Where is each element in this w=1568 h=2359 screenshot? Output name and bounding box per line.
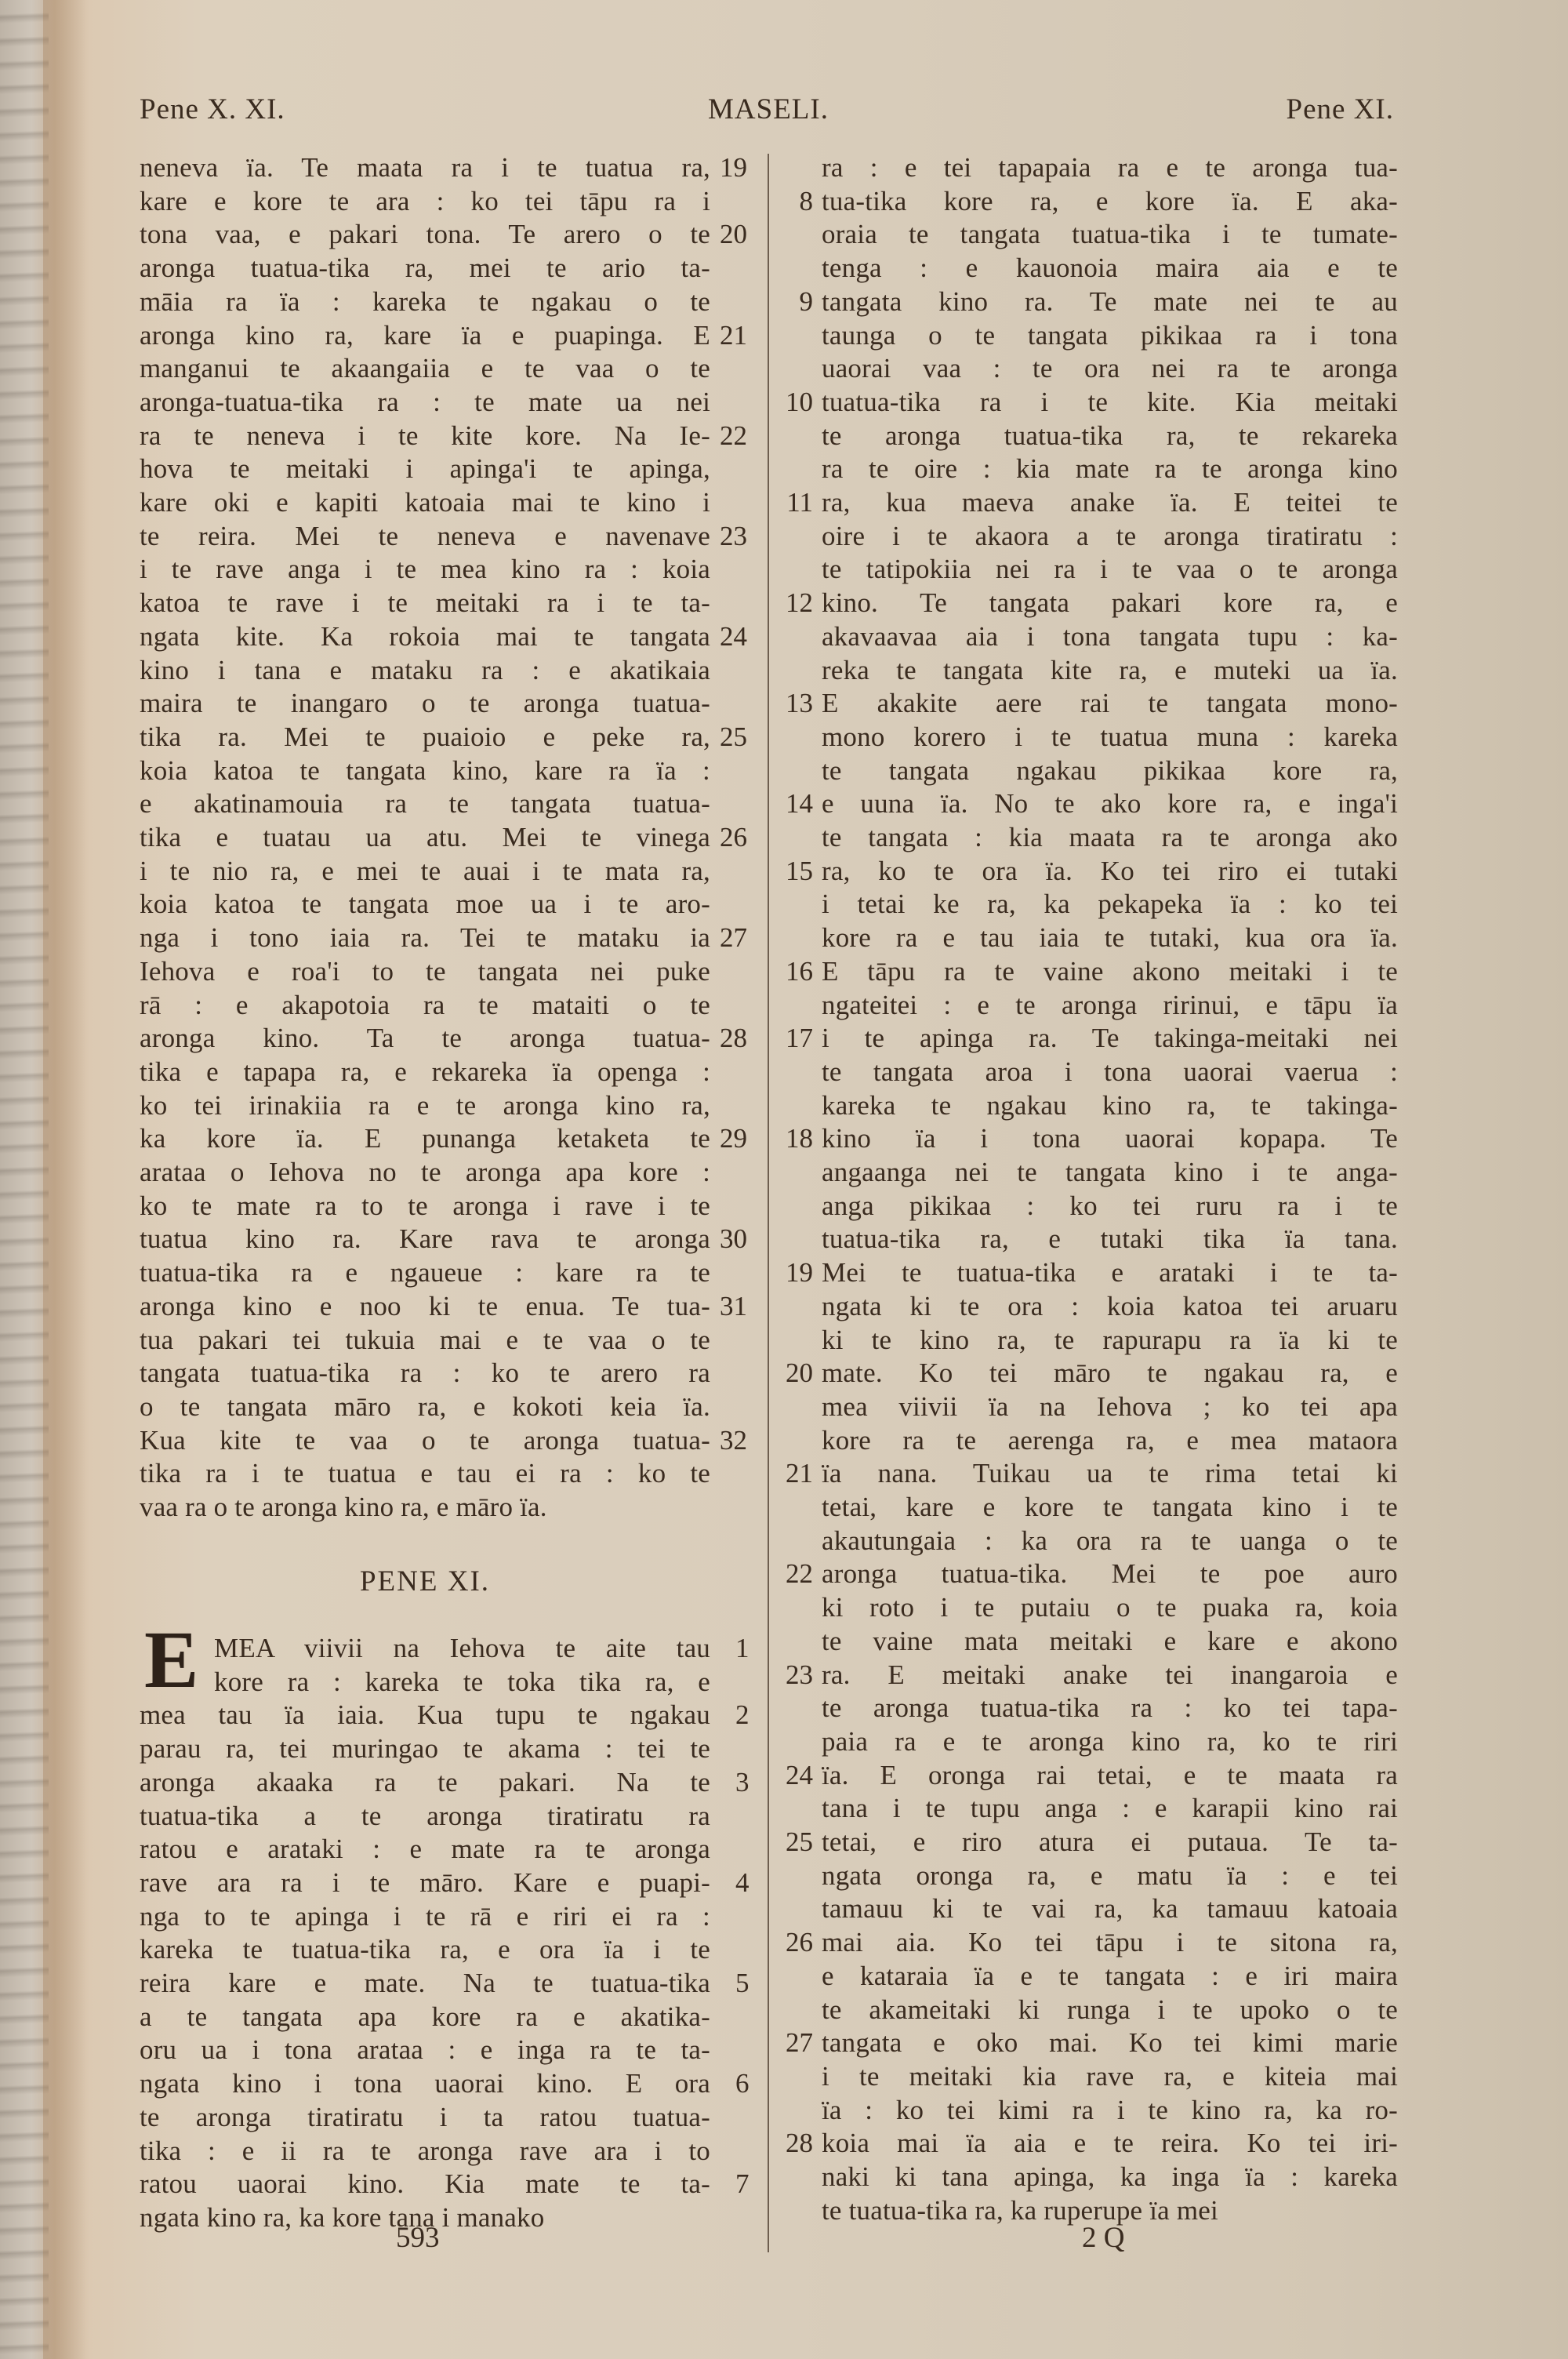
verse-number: 6: [735, 2066, 782, 2100]
text-line: parau ra, tei muringao te akama : tei te: [140, 1732, 710, 1765]
text-line: paia ra e te aronga kino ra, ko te riri: [822, 1725, 1398, 1758]
text-line: aronga kino e noo ki te enua. Te tua-: [140, 1289, 710, 1323]
text-line: ra te neneva i te kite kore. Na Ie-: [140, 419, 710, 453]
text-line: ko tei irinakiia ra e te aronga kino ra,: [140, 1089, 710, 1122]
text-line: kino ïa i tona uaorai kopapa. Te: [822, 1121, 1398, 1155]
text-line: ra, ko te ora ïa. Ko tei riro ei tutaki: [822, 854, 1398, 888]
verse-number: 16: [772, 954, 813, 988]
text-line: tika ra i te tuatua e tau ei ra : ko te: [140, 1456, 710, 1490]
text-line: i te apinga ra. Te takinga-meitaki nei: [822, 1021, 1398, 1055]
text-line: ratou e arataki : e mate ra te aronga: [140, 1832, 710, 1866]
text-line: ïa : ko tei kimi ra i te kino ra, ka ro-: [822, 2093, 1398, 2127]
text-line: Kua kite te vaa o te aronga tuatua-: [140, 1423, 710, 1457]
text-line: aronga tuatua-tika ra, mei te ario ta-: [140, 251, 710, 285]
verse-number: 13: [772, 686, 813, 720]
text-line: kare e kore te ara : ko tei tāpu ra i: [140, 184, 710, 218]
verse-number: 17: [772, 1021, 813, 1055]
text-line: ngata kite. Ka rokoia mai te tangata: [140, 620, 710, 653]
text-line: tika : e ii ra te aronga rave ara i to: [140, 2134, 710, 2168]
text-line: neneva ïa. Te maata ra i te tuatua ra,: [140, 151, 710, 184]
verse-number: 9: [772, 285, 813, 318]
text-line: kore ra e tau iaia te tutaki, kua ora ïa…: [822, 921, 1398, 954]
text-line: reira kare e mate. Na te tuatua-tika: [140, 1966, 710, 2000]
verse-number: 10: [772, 385, 813, 419]
text-line: Iehova e roa'i to te tangata nei puke: [140, 954, 710, 988]
text-line: MEA viivii na Iehova te aite tau: [214, 1631, 710, 1665]
text-line: manganui te akaangaiia e te vaa o te: [140, 351, 710, 385]
text-line: e uuna ïa. No te ako kore ra, e inga'i: [822, 787, 1398, 820]
text-line: te tangata : kia maata ra te aronga ako: [822, 820, 1398, 854]
text-line: tua-tika kore ra, e kore ïa. E aka-: [822, 184, 1398, 218]
text-line: ngateitei : e te aronga ririnui, e tāpu …: [822, 988, 1398, 1022]
text-line: E akakite aere rai te tangata mono-: [822, 686, 1398, 720]
text-line: tetai, kare e kore te tangata kino i te: [822, 1490, 1398, 1524]
verse-number: 2: [735, 1698, 782, 1732]
text-line: mono korero i te tuatua muna : kareka: [822, 720, 1398, 754]
text-line: anga pikikaa : ko tei ruru ra i te: [822, 1189, 1398, 1223]
page-number: 593: [396, 2221, 440, 2255]
verse-number: 30: [720, 1222, 767, 1256]
text-line: tuatua-tika ra, e tutaki tika ïa tana.: [822, 1222, 1398, 1256]
text-line: tetai, e riro atura ei putaua. Te ta-: [822, 1825, 1398, 1859]
verse-number: 25: [720, 720, 767, 754]
text-line: kareka te tuatua-tika ra, e ora ïa i te: [140, 1932, 710, 1966]
verse-number: 31: [720, 1289, 767, 1323]
text-line: kore ra : kareka te toka tika ra, e: [214, 1665, 710, 1699]
verse-number: 22: [720, 419, 767, 453]
text-line: tuatua-tika a te aronga tiratiratu ra: [140, 1799, 710, 1833]
text-line: oraia te tangata tuatua-tika i te tumate…: [822, 217, 1398, 251]
text-line: reka te tangata kite ra, e muteki ua ïa.: [822, 653, 1398, 687]
text-line: tana i te tupu anga : e karapii kino rai: [822, 1791, 1398, 1825]
text-line: koia katoa te tangata moe ua i te aro-: [140, 887, 710, 921]
text-line: ki roto i te putaiu o te puaka ra, koia: [822, 1590, 1398, 1624]
text-line: tangata tuatua-tika ra : ko te arero ra: [140, 1356, 710, 1390]
text-line: ra. E meitaki anake tei inangaroia e: [822, 1658, 1398, 1692]
text-line: tamauu ki te vai ra, ka tamauu katoaia: [822, 1892, 1398, 1925]
verse-number: 5: [735, 1966, 782, 2000]
text-line: nga to te apinga i te rā e riri ei ra :: [140, 1899, 710, 1933]
verse-number: 19: [772, 1256, 813, 1289]
text-line: E tāpu ra te vaine akono meitaki i te: [822, 954, 1398, 988]
text-line: maira te inangaro o te aronga tuatua-: [140, 686, 710, 720]
verse-number: 8: [772, 184, 813, 218]
text-line: i tetai ke ra, ka pekapeka ïa : ko tei: [822, 887, 1398, 921]
text-line: ïa. E oronga rai tetai, e te maata ra: [822, 1758, 1398, 1792]
text-line: ratou uaorai kino. Kia mate te ta-: [140, 2167, 710, 2201]
text-line: uaorai vaa : te ora nei ra te aronga: [822, 351, 1398, 385]
text-line: tika ra. Mei te puaioio e peke ra,: [140, 720, 710, 754]
text-line: tona vaa, e pakari tona. Te arero o te: [140, 217, 710, 251]
verse-number: 11: [772, 485, 813, 519]
text-line: te tatipokiia nei ra i te vaa o te arong…: [822, 552, 1398, 586]
text-line: rave ara ra i te māro. Kare e puapi-: [140, 1866, 710, 1899]
verse-number: 32: [720, 1423, 767, 1457]
text-line: kare oki e kapiti katoaia mai te kino i: [140, 485, 710, 519]
verse-number: 23: [720, 519, 767, 553]
verse-number: 27: [720, 921, 767, 954]
text-line: akavaavaa aia i tona tangata tupu : ka-: [822, 620, 1398, 653]
text-line: ra : e tei tapapaia ra e te aronga tua-: [822, 151, 1398, 184]
verse-number: 15: [772, 854, 813, 888]
text-line: naki ki tana apinga, ka inga ïa : kareka: [822, 2160, 1398, 2194]
text-line: tuatua-tika ra e ngaueue : kare ra te: [140, 1256, 710, 1289]
text-line: Mei te tuatua-tika e arataki i te ta-: [822, 1256, 1398, 1289]
text-line: aronga kino. Ta te aronga tuatua-: [140, 1021, 710, 1055]
text-line: i te rave anga i te mea kino ra : koia: [140, 552, 710, 586]
text-line: vaa ra o te aronga kino ra, e māro ïa.: [140, 1490, 710, 1524]
verse-number: 7: [735, 2167, 782, 2201]
text-line: te tangata aroa i tona uaorai vaerua :: [822, 1055, 1398, 1089]
verse-number: 20: [720, 217, 767, 251]
text-line: oire i te akaora a te aronga tiratiratu …: [822, 519, 1398, 553]
text-line: te reira. Mei te neneva e navenave: [140, 519, 710, 553]
text-line: kino i tana e mataku ra : e akatikaia: [140, 653, 710, 687]
text-line: te aronga tuatua-tika ra : ko tei tapa-: [822, 1691, 1398, 1725]
text-line: oru ua i tona arataa : e inga ra te ta-: [140, 2033, 710, 2066]
verse-number: 24: [772, 1758, 813, 1792]
verse-number: 26: [720, 820, 767, 854]
text-line: tangata kino ra. Te mate nei te au: [822, 285, 1398, 318]
signature-mark: 2 Q: [1082, 2221, 1124, 2255]
verse-number: 14: [772, 787, 813, 820]
text-line: nga i tono iaia ra. Tei te mataku ia: [140, 921, 710, 954]
verse-number: 25: [772, 1825, 813, 1859]
text-line: mate. Ko tei māro te ngakau ra, e: [822, 1356, 1398, 1390]
text-line: te vaine mata meitaki e kare e akono: [822, 1624, 1398, 1658]
verse-number: 21: [772, 1456, 813, 1490]
text-line: ka kore ïa. E punanga ketaketa te: [140, 1121, 710, 1155]
running-head-right: Pene XI.: [1287, 93, 1394, 126]
verse-number: 26: [772, 1925, 813, 1959]
text-line: koia mai ïa aia e te reira. Ko tei iri-: [822, 2126, 1398, 2160]
text-line: ki te kino ra, te rapurapu ra ïa ki te: [822, 1323, 1398, 1357]
gutter-shadow: [43, 0, 90, 2359]
drop-cap: E: [144, 1625, 198, 1696]
column-divider-rule: [768, 154, 769, 2252]
verse-number: 24: [720, 620, 767, 653]
text-line: tua pakari tei tukuia mai e te vaa o te: [140, 1323, 710, 1357]
verse-number: 19: [720, 151, 767, 184]
text-line: ngata ki te ora : koia katoa tei aruaru: [822, 1289, 1398, 1323]
text-line: kino. Te tangata pakari kore ra, e: [822, 586, 1398, 620]
text-line: a te tangata apa kore ra e akatika-: [140, 2000, 710, 2034]
text-line: tuatua kino ra. Kare rava te aronga: [140, 1222, 710, 1256]
text-line: angaanga nei te tangata kino i te anga-: [822, 1155, 1398, 1189]
verse-number: 22: [772, 1557, 813, 1590]
text-line: aronga-tuatua-tika ra : te mate ua nei: [140, 385, 710, 419]
text-line: ngata kino i tona uaorai kino. E ora: [140, 2066, 710, 2100]
text-line: e kataraia ïa e te tangata : e iri maira: [822, 1959, 1398, 1993]
text-line: i te meitaki kia rave ra, e kiteia mai: [822, 2059, 1398, 2093]
text-line: katoa te rave i te meitaki ra i te ta-: [140, 586, 710, 620]
text-line: ngata oronga ra, e matu ïa : e tei: [822, 1859, 1398, 1892]
text-line: e akatinamouia ra te tangata tuatua-: [140, 787, 710, 820]
text-line: tika e tapapa ra, e rekareka ïa openga :: [140, 1055, 710, 1089]
text-line: kareka te ngakau kino ra, te takinga-: [822, 1089, 1398, 1122]
text-line: hova te meitaki i apinga'i te apinga,: [140, 452, 710, 485]
text-line: mai aia. Ko tei tāpu i te sitona ra,: [822, 1925, 1398, 1959]
verse-number: 20: [772, 1356, 813, 1390]
text-line: tika e tuatau ua atu. Mei te vinega: [140, 820, 710, 854]
text-line: tangata e oko mai. Ko tei kimi marie: [822, 2026, 1398, 2059]
facing-page-edge: [0, 0, 49, 2359]
verse-number: 28: [720, 1021, 767, 1055]
text-line: taunga o te tangata pikikaa ra i tona: [822, 318, 1398, 352]
verse-number: 18: [772, 1121, 813, 1155]
verse-number: 21: [720, 318, 767, 352]
text-line: ra te oire : kia mate ra te aronga kino: [822, 452, 1398, 485]
chapter-heading: PENE XI.: [140, 1565, 710, 1598]
text-line: ra, kua maeva anake ïa. E teitei te: [822, 485, 1398, 519]
text-line: koia katoa te tangata kino, kare ra ïa :: [140, 754, 710, 787]
verse-number: 27: [772, 2026, 813, 2059]
text-line: ïa nana. Tuikau ua te rima tetai ki: [822, 1456, 1398, 1490]
text-line: akautungaia : ka ora ra te uanga o te: [822, 1524, 1398, 1558]
text-line: ko te mate ra to te aronga i rave i te: [140, 1189, 710, 1223]
text-line: te aronga tiratiratu i ta ratou tuatua-: [140, 2100, 710, 2134]
text-line: aronga akaaka ra te pakari. Na te: [140, 1765, 710, 1799]
text-line: i te nio ra, e mei te auai i te mata ra,: [140, 854, 710, 888]
text-line: arataa o Iehova no te aronga apa kore :: [140, 1155, 710, 1189]
verse-number: 12: [772, 586, 813, 620]
verse-number: 23: [772, 1658, 813, 1692]
verse-number: 29: [720, 1121, 767, 1155]
text-line: aronga kino ra, kare ïa e puapinga. E: [140, 318, 710, 352]
text-line: māia ra ïa : kareka te ngakau o te: [140, 285, 710, 318]
text-line: tuatua-tika ra i te kite. Kia meitaki: [822, 385, 1398, 419]
text-line: aronga tuatua-tika. Mei te poe auro: [822, 1557, 1398, 1590]
text-line: te akameitaki ki runga i te upoko o te: [822, 1993, 1398, 2026]
text-line: mea viivii ïa na Iehova ; ko tei apa: [822, 1390, 1398, 1423]
text-line: tenga : e kauonoia maira aia e te: [822, 251, 1398, 285]
text-line: kore ra te aerenga ra, e mea mataora: [822, 1423, 1398, 1457]
text-line: o te tangata māro ra, e kokoti keia ïa.: [140, 1390, 710, 1423]
verse-number: 4: [735, 1866, 782, 1899]
text-line: rā : e akapotoia ra te mataiti o te: [140, 988, 710, 1022]
verse-number: 28: [772, 2126, 813, 2160]
text-line: mea tau ïa iaia. Kua tupu te ngakau: [140, 1698, 710, 1732]
text-line: te aronga tuatua-tika ra, te rekareka: [822, 419, 1398, 453]
text-line: te tangata ngakau pikikaa kore ra,: [822, 754, 1398, 787]
